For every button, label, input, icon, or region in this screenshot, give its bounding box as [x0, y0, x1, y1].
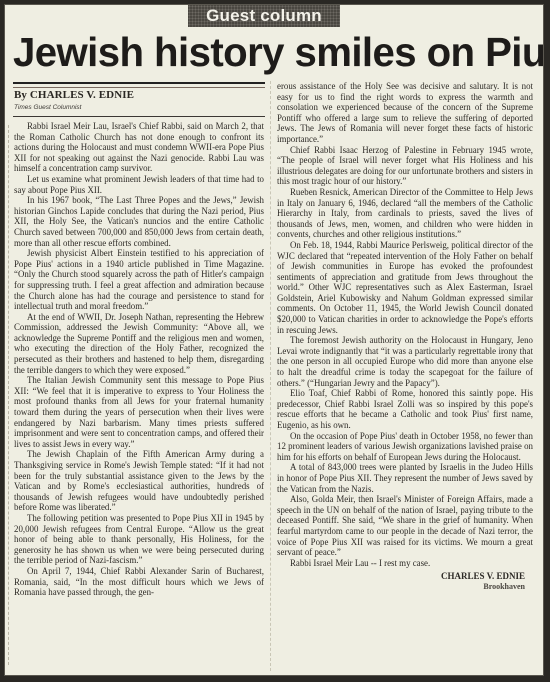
left-edge-rule [8, 125, 9, 665]
paragraph: Jewish physicist Albert Einstein testifi… [14, 248, 264, 312]
column-1: Rabbi Israel Meir Lau, Israel's Chief Ra… [14, 121, 264, 598]
paragraph: On April 7, 1944, Chief Rabbi Alexander … [14, 566, 264, 598]
byline-role: Times Guest Columnist [14, 104, 82, 111]
paragraph: Rueben Resnick, American Director of the… [277, 187, 533, 240]
paragraph: Rabbi Israel Meir Lau, Israel's Chief Ra… [14, 121, 264, 174]
paragraph: Chief Rabbi Isaac Herzog of Palestine in… [277, 145, 533, 187]
paragraph: On the occasion of Pope Pius' death in O… [277, 431, 533, 463]
byline-author: By CHARLES V. EDNIE [14, 89, 134, 101]
newspaper-clipping: Guest column Jewish history smiles on Pi… [4, 4, 544, 676]
signoff-name: CHARLES V. EDNIE [277, 571, 533, 582]
paragraph: The following petition was presented to … [14, 513, 264, 566]
paragraph: Rabbi Israel Meir Lau -- I rest my case. [277, 558, 533, 569]
paragraph: The Jewish Chaplain of the Fifth America… [14, 449, 264, 513]
section-kicker: Guest column [188, 5, 340, 27]
paragraph: The foremost Jewish authority on the Hol… [277, 335, 533, 388]
column-2: erous assistance of the Holy See was dec… [277, 81, 533, 593]
byline-top-rule [13, 82, 265, 88]
signoff-location: Brookhaven [277, 582, 533, 593]
byline-bottom-rule [13, 116, 265, 117]
column-divider [270, 81, 271, 671]
paragraph-continuation: erous assistance of the Holy See was dec… [277, 81, 533, 145]
paragraph: On Feb. 18, 1944, Rabbi Maurice Perlswei… [277, 240, 533, 335]
paragraph: A total of 843,000 trees were planted by… [277, 462, 533, 494]
paragraph: Elio Toaf, Chief Rabbi of Rome, honored … [277, 388, 533, 430]
headline: Jewish history smiles on Pius XII [13, 29, 532, 75]
paragraph: The Italian Jewish Community sent this m… [14, 375, 264, 449]
paragraph: In his 1967 book, “The Last Three Popes … [14, 195, 264, 248]
paragraph: Let us examine what prominent Jewish lea… [14, 174, 264, 195]
paragraph: At the end of WWII, Dr. Joseph Nathan, r… [14, 312, 264, 376]
paragraph: Also, Golda Meir, then Israel's Minister… [277, 494, 533, 558]
